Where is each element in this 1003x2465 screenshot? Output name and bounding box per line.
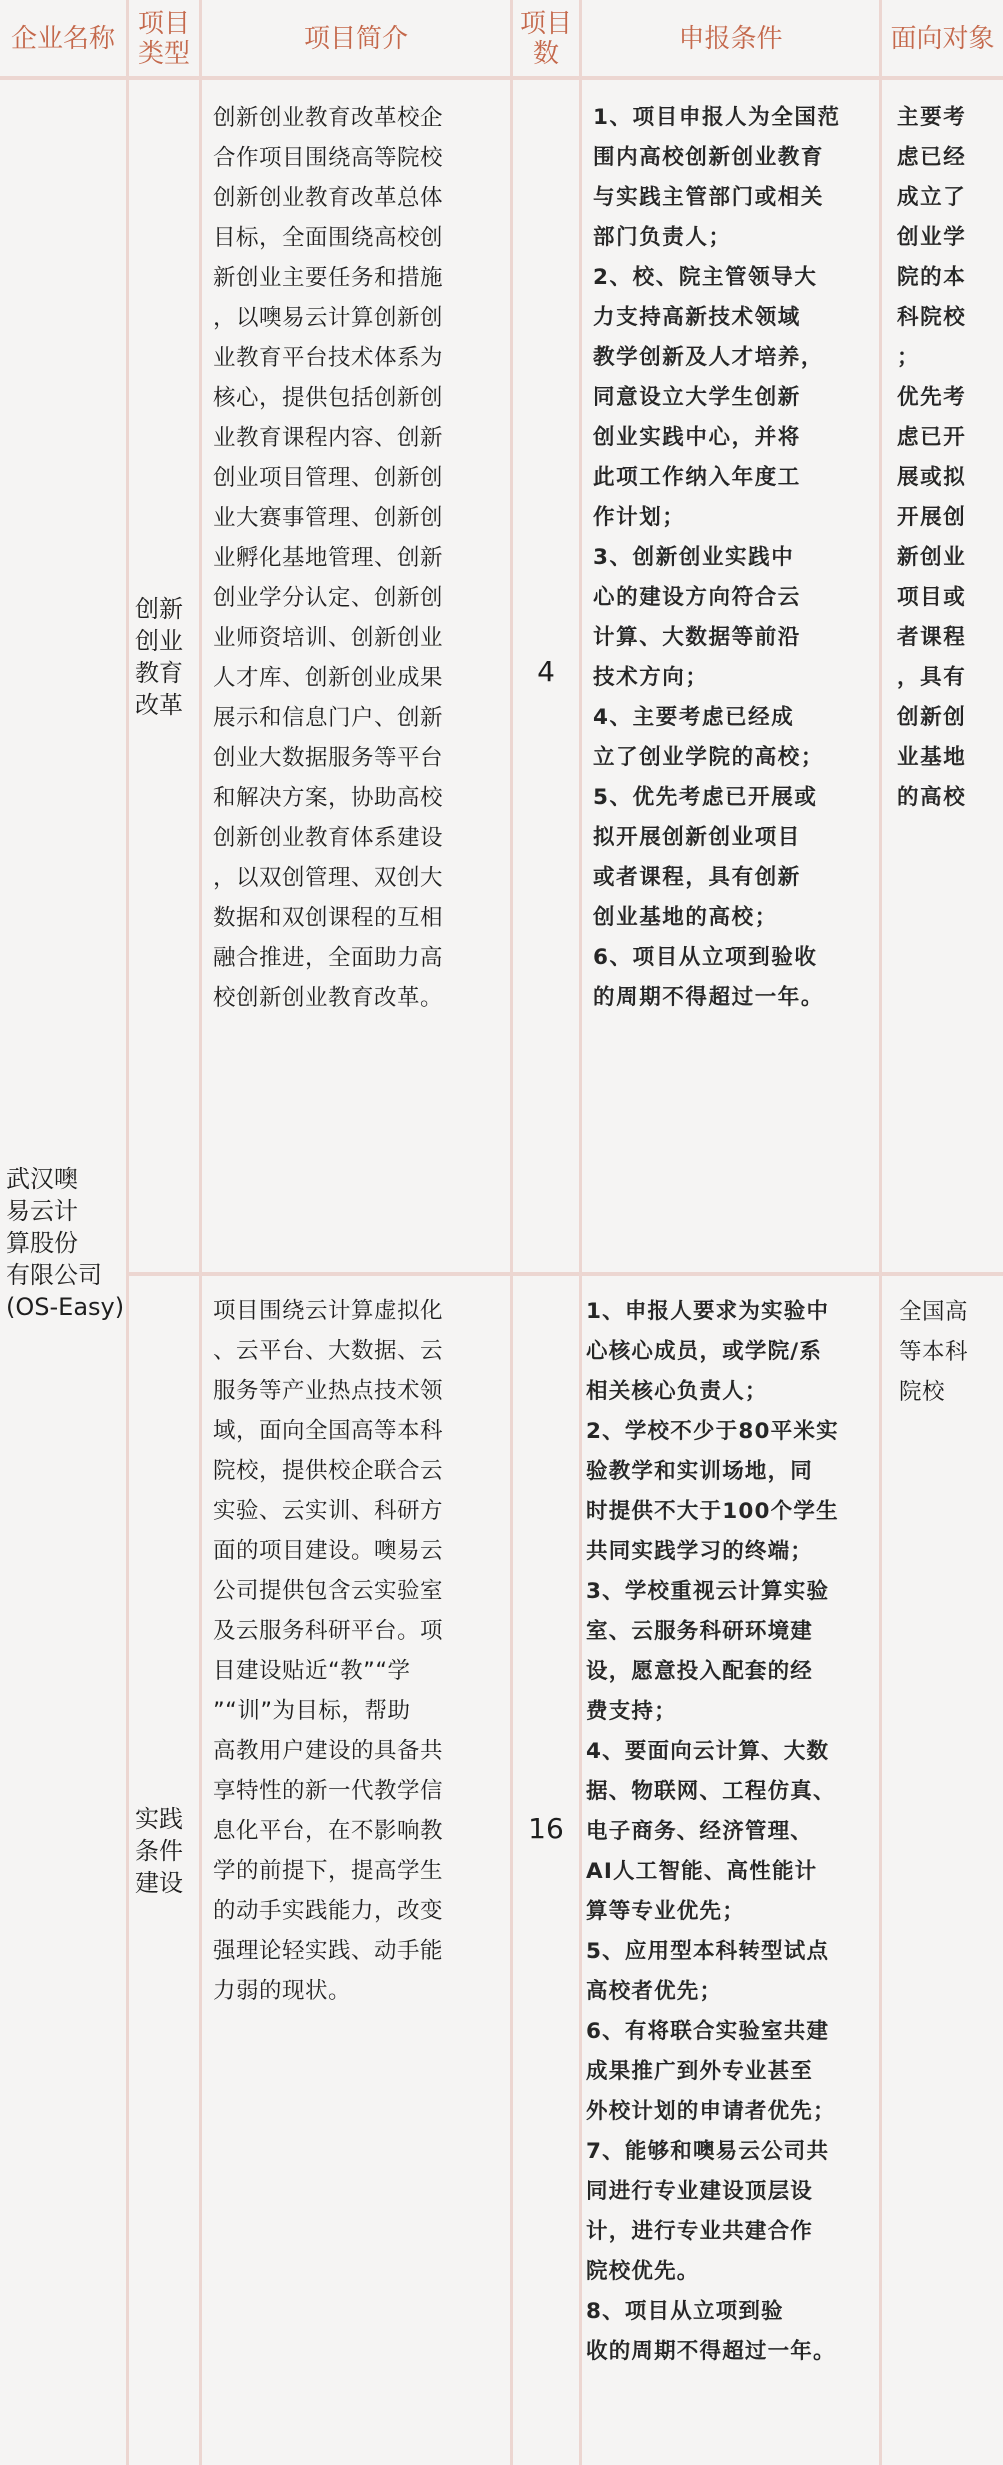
project-intro-cell: 项目围绕云计算虚拟化 、云平台、大数据、云 服务等产业热点技术领 域，面向全国高… <box>213 1291 508 2011</box>
header-intro: 项目简介 <box>202 0 510 78</box>
project-type-cell: 创新 创业 教育 改革 <box>135 80 199 1272</box>
column-divider <box>579 0 582 2465</box>
row-divider <box>126 1272 1003 1276</box>
project-intro-cell: 创新创业教育改革校企 合作项目围绕高等院校 创新创业教育改革总体 目标，全面围绕… <box>213 98 508 1018</box>
column-divider <box>199 0 202 2465</box>
conditions-cell: 1、申报人要求为实验中 心核心成员，或学院/系 相关核心负责人； 2、学校不少于… <box>586 1292 883 2372</box>
target-audience: 主要考 虑已经 成立了 创业学 院的本 科院校 ； 优先考 虑已开 展或拟 开展… <box>897 98 1003 818</box>
project-count-cell: 16 <box>513 1812 579 1845</box>
column-divider <box>126 0 129 2465</box>
header-type: 项目 类型 <box>129 0 199 78</box>
header-conditions: 申报条件 <box>582 0 879 78</box>
project-count: 16 <box>513 1812 579 1845</box>
project-type: 实践 条件 建设 <box>135 1803 183 1899</box>
header-count: 项目 数 <box>513 0 579 78</box>
project-type-cell: 实践 条件 建设 <box>135 1276 199 2465</box>
header-company: 企业名称 <box>0 0 126 78</box>
header-target: 面向对象 <box>882 0 1003 78</box>
column-divider <box>510 0 513 2465</box>
target-cell: 全国高 等本科 院校 <box>899 1292 1003 1412</box>
project-intro: 项目围绕云计算虚拟化 、云平台、大数据、云 服务等产业热点技术领 域，面向全国高… <box>213 1291 508 2011</box>
project-type: 创新 创业 教育 改革 <box>135 593 183 721</box>
target-cell: 主要考 虑已经 成立了 创业学 院的本 科院校 ； 优先考 虑已开 展或拟 开展… <box>897 98 1003 818</box>
conditions: 1、项目申报人为全国范 围内高校创新创业教育 与实践主管部门或相关 部门负责人；… <box>593 98 883 1018</box>
company-name: 武汉噢 易云计 算股份 有限公司 (OS-Easy) <box>6 1163 124 1323</box>
conditions: 1、申报人要求为实验中 心核心成员，或学院/系 相关核心负责人； 2、学校不少于… <box>586 1292 883 2372</box>
target-audience: 全国高 等本科 院校 <box>899 1292 1003 1412</box>
conditions-cell: 1、项目申报人为全国范 围内高校创新创业教育 与实践主管部门或相关 部门负责人；… <box>593 98 883 1018</box>
project-count-cell: 4 <box>513 655 579 688</box>
company-cell: 武汉噢 易云计 算股份 有限公司 (OS-Easy) <box>6 80 126 2465</box>
project-intro: 创新创业教育改革校企 合作项目围绕高等院校 创新创业教育改革总体 目标，全面围绕… <box>213 98 508 1018</box>
project-count: 4 <box>513 655 579 688</box>
